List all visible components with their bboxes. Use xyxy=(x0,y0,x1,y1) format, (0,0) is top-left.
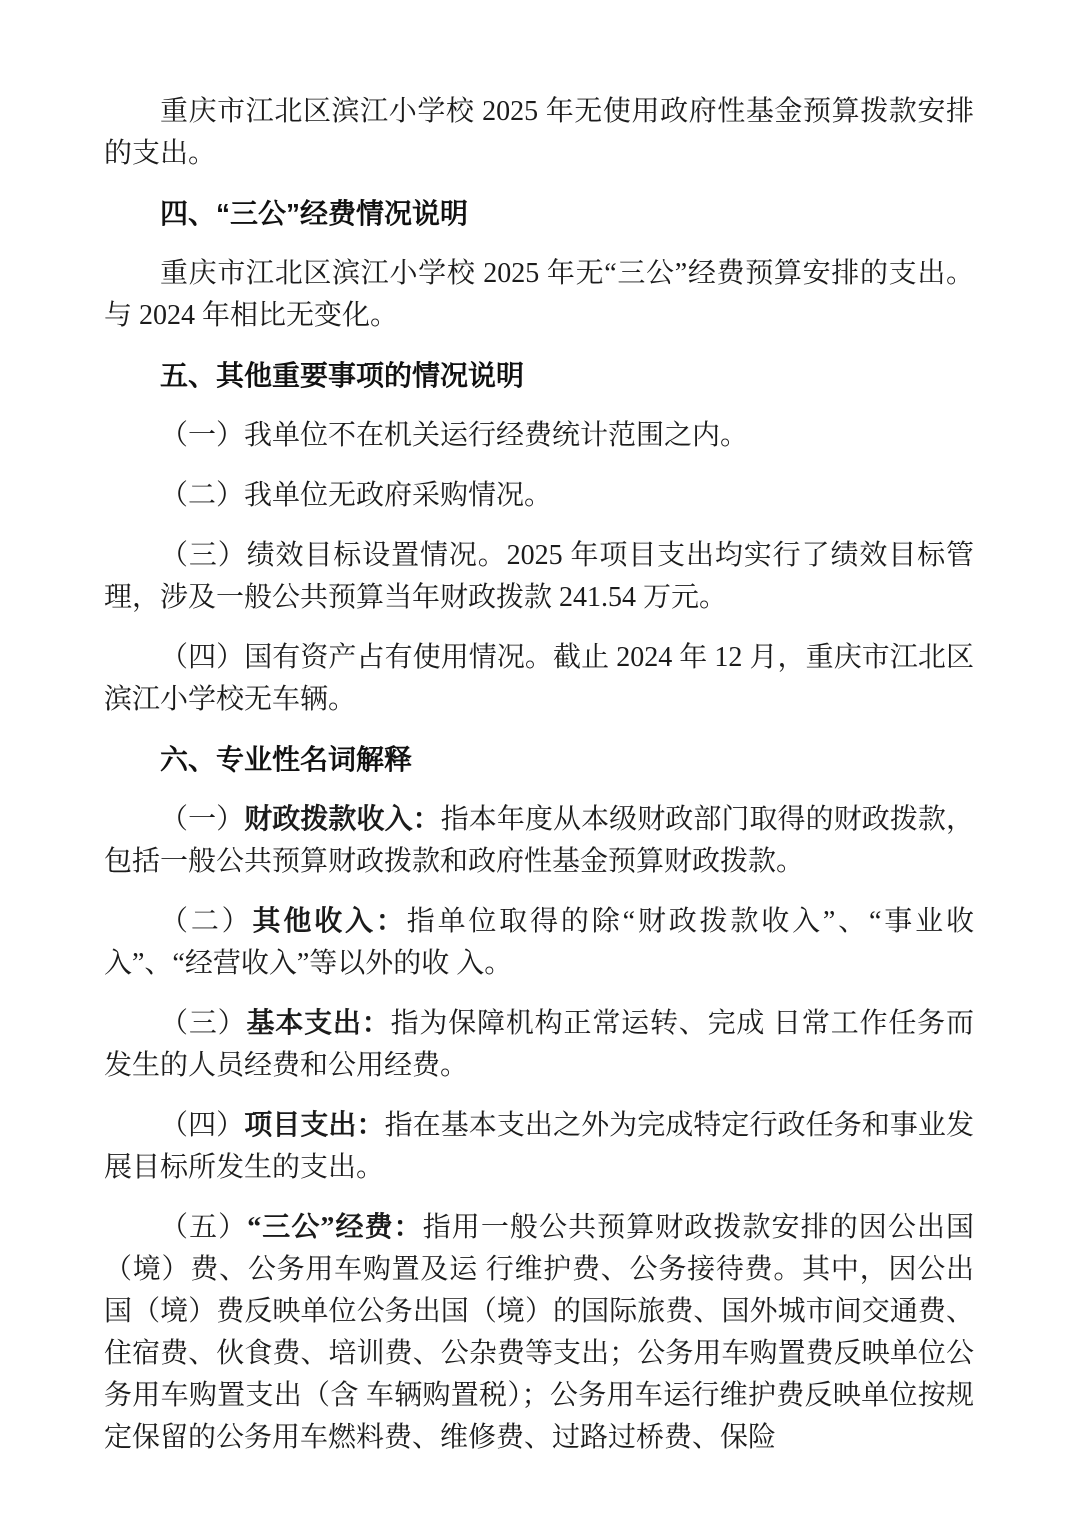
document-body: 重庆市江北区滨江小学校 2025 年无使用政府性基金预算拨款安排的支出。四、“三… xyxy=(104,91,974,1459)
term-label: 基本支出： xyxy=(246,1008,390,1039)
section-heading: 四、“三公”经费情况说明 xyxy=(104,193,974,235)
paragraph: （四）项目支出：指在基本支出之外为完成特定行政任务和事业发展目标所发生的支出。 xyxy=(104,1105,974,1189)
paragraph: （一）我单位不在机关运行经费统计范围之内。 xyxy=(104,415,974,457)
paragraph: （二）我单位无政府采购情况。 xyxy=(104,475,974,517)
text-run: （二） xyxy=(160,906,253,937)
paragraph: （三）绩效目标设置情况。2025 年项目支出均实行了绩效目标管理，涉及一般公共预… xyxy=(104,535,974,619)
paragraph: 重庆市江北区滨江小学校 2025 年无使用政府性基金预算拨款安排的支出。 xyxy=(104,91,974,175)
text-run: （四） xyxy=(160,1110,244,1141)
text-run: 五、其他重要事项的情况说明 xyxy=(160,360,524,391)
term-label: 财政拨款收入： xyxy=(244,804,441,835)
text-run: 四、“三公”经费情况说明 xyxy=(160,198,468,229)
text-run: 重庆市江北区滨江小学校 2025 年无“三公”经费预算安排的支出。与 2024 … xyxy=(104,258,974,331)
term-label: 其他收入： xyxy=(253,906,407,937)
text-run: （四）国有资产占有使用情况。截止 2024 年 12 月，重庆市江北区滨江小学校… xyxy=(104,642,974,715)
term-label: 项目支出： xyxy=(244,1110,384,1141)
section-heading: 六、专业性名词解释 xyxy=(104,739,974,781)
text-run: 重庆市江北区滨江小学校 2025 年无使用政府性基金预算拨款安排的支出。 xyxy=(104,96,974,169)
term-label: “三公”经费： xyxy=(247,1212,423,1243)
text-run: （三） xyxy=(160,1008,246,1039)
text-run: （二）我单位无政府采购情况。 xyxy=(160,480,552,511)
paragraph: （二）其他收入：指单位取得的除“财政拨款收入”、“事业收入”、“经营收入”等以外… xyxy=(104,901,974,985)
paragraph: （四）国有资产占有使用情况。截止 2024 年 12 月，重庆市江北区滨江小学校… xyxy=(104,637,974,721)
section-heading: 五、其他重要事项的情况说明 xyxy=(104,355,974,397)
paragraph: 重庆市江北区滨江小学校 2025 年无“三公”经费预算安排的支出。与 2024 … xyxy=(104,253,974,337)
paragraph: （五）“三公”经费：指用一般公共预算财政拨款安排的因公出国（境）费、公务用车购置… xyxy=(104,1207,974,1459)
text-run: （三）绩效目标设置情况。2025 年项目支出均实行了绩效目标管理，涉及一般公共预… xyxy=(104,540,974,613)
text-run: 指用一般公共预算财政拨款安排的因公出国（境）费、公务用车购置及运 行维护费、公务… xyxy=(104,1212,974,1453)
text-run: （一）我单位不在机关运行经费统计范围之内。 xyxy=(160,420,748,451)
text-run: （五） xyxy=(160,1212,247,1243)
paragraph: （三）基本支出：指为保障机构正常运转、完成 日常工作任务而发生的人员经费和公用经… xyxy=(104,1003,974,1087)
paragraph: （一）财政拨款收入：指本年度从本级财政部门取得的财政拨款，包括一般公共预算财政拨… xyxy=(104,799,974,883)
document-page: 重庆市江北区滨江小学校 2025 年无使用政府性基金预算拨款安排的支出。四、“三… xyxy=(0,0,1074,1520)
text-run: （一） xyxy=(160,804,244,835)
text-run: 六、专业性名词解释 xyxy=(160,744,412,775)
